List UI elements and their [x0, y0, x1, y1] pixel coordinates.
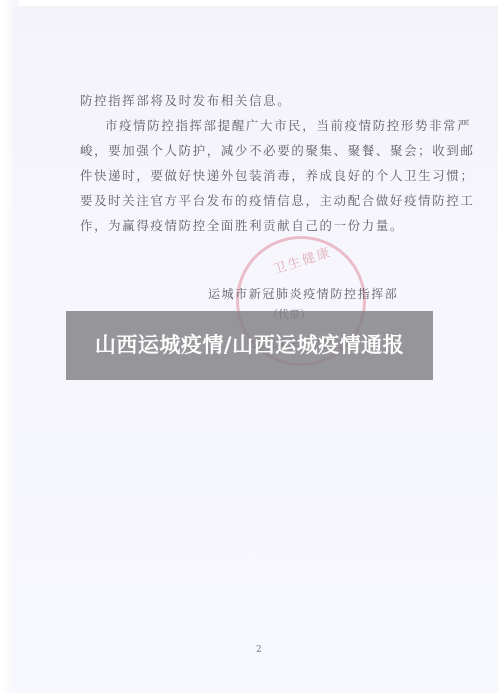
page-number: 2 [256, 645, 262, 655]
issuer-signature: 运城市新冠肺炎疫情防控指挥部 [208, 285, 398, 302]
title-overlay-banner[interactable]: 山西运城疫情/山西运城疫情通报 [66, 311, 433, 380]
paragraph-2-line-1: 市疫情防控指挥部提醒广大市民，当前疫情防控形势非常严 [80, 113, 450, 138]
paragraph-1-line-1: 防控指挥部将及时发布相关信息。 [80, 88, 450, 113]
article-title[interactable]: 山西运城疫情/山西运城疫情通报 [85, 332, 415, 359]
paragraph-2-line-3: 件快递时，要做好快递外包装消毒，养成良好的个人卫生习惯； [80, 163, 450, 188]
paragraph-2-line-5: 作，为赢得疫情防控全面胜利贡献自己的一份力量。 [80, 213, 450, 238]
paragraph-2-line-4: 要及时关注官方平台发布的疫情信息，主动配合做好疫情防控工 [80, 188, 450, 213]
document-body: 防控指挥部将及时发布相关信息。 市疫情防控指挥部提醒广大市民，当前疫情防控形势非… [80, 88, 450, 238]
paragraph-2-line-2: 峻，要加强个人防护，减少不必要的聚集、聚餐、聚会；收到邮 [80, 138, 450, 163]
